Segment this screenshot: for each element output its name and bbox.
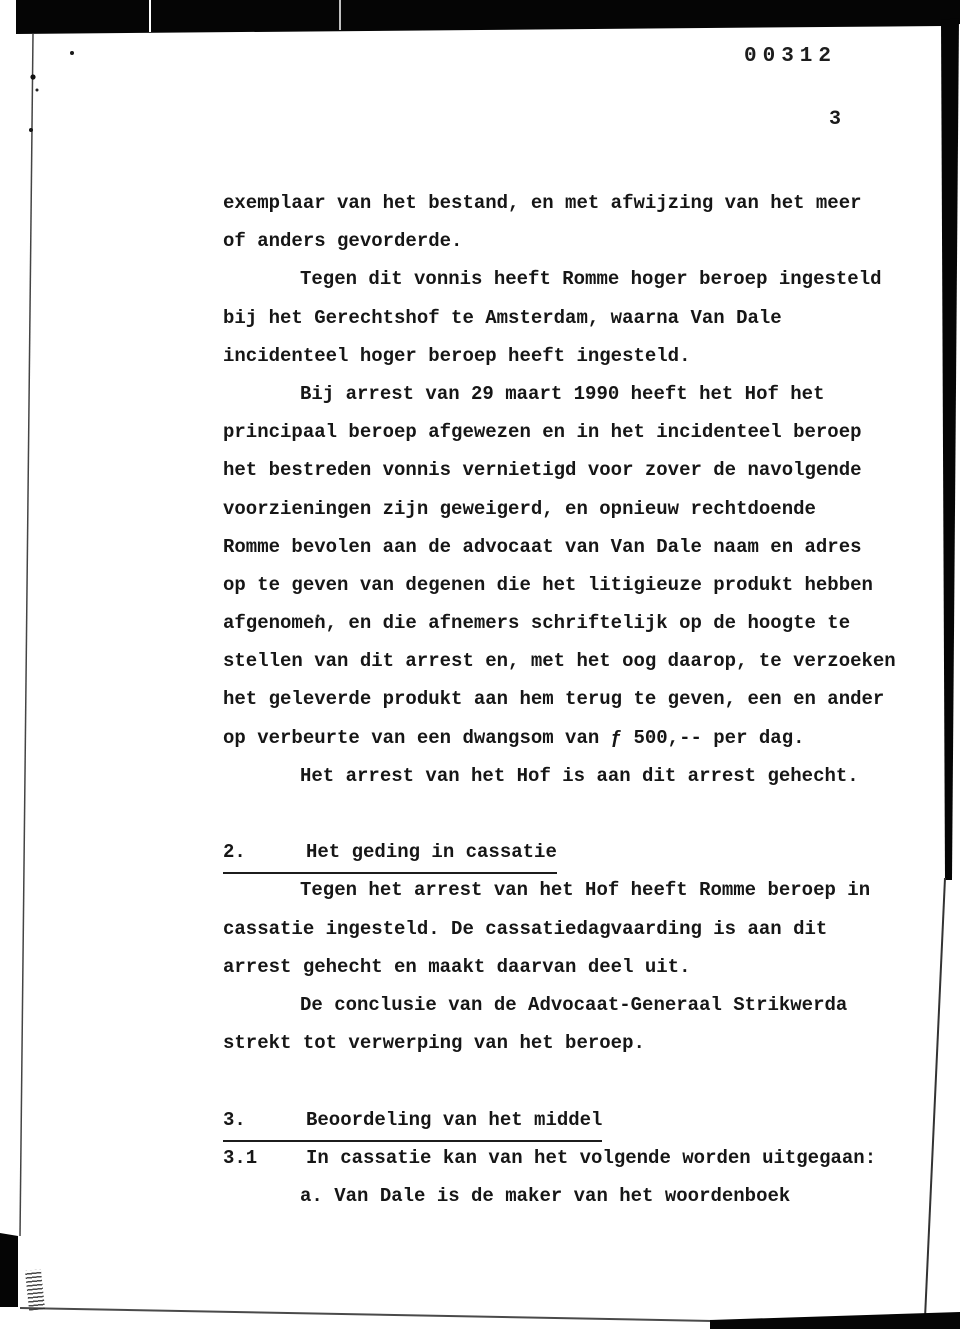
- numbered-line: 3.1In cassatie kan van het volgende word…: [223, 1139, 923, 1177]
- section-heading-underline: 2.Het geding in cassatie: [223, 833, 557, 874]
- section-heading: 2.Het geding in cassatie: [223, 833, 923, 871]
- page-edge-left: [20, 34, 33, 1236]
- text-line: incidenteel hoger beroep heeft ingesteld…: [223, 337, 923, 375]
- text-line: Romme bevolen aan de advocaat van Van Da…: [223, 528, 923, 566]
- scan-block-bottom-left: [0, 1233, 18, 1307]
- text-line: a. Van Dale is de maker van het woordenb…: [223, 1177, 923, 1215]
- text-line: Het arrest van het Hof is aan dit arrest…: [223, 757, 923, 795]
- text-line: of anders gevorderde.: [223, 222, 923, 260]
- section-title: Beoordeling van het middel: [306, 1109, 602, 1131]
- blank-line: [223, 1062, 923, 1100]
- scan-bar-right: [941, 18, 959, 880]
- page-edge-bottom: [20, 1308, 713, 1321]
- paragraph-number: 3.1: [223, 1139, 306, 1177]
- ink-smudge: [25, 1269, 45, 1310]
- page-edge-right: [925, 878, 945, 1318]
- text-line: arrest gehecht en maakt daarvan deel uit…: [223, 948, 923, 986]
- section-heading: 3.Beoordeling van het middel: [223, 1101, 923, 1139]
- text-line: Bij arrest van 29 maart 1990 heeft het H…: [223, 375, 923, 413]
- text-line: op te geven van degenen die het litigieu…: [223, 566, 923, 604]
- section-number: 2.: [223, 833, 306, 871]
- text-line: In cassatie kan van het volgende worden …: [306, 1147, 876, 1169]
- text-line: principaal beroep afgewezen en in het in…: [223, 413, 923, 451]
- text-line: afgenomen, en die afnemers schriftelijk …: [223, 604, 923, 642]
- text-line: het bestreden vonnis vernietigd voor zov…: [223, 451, 923, 489]
- section-title: Het geding in cassatie: [306, 841, 557, 863]
- section-heading-underline: 3.Beoordeling van het middel: [223, 1101, 602, 1142]
- section-number: 3.: [223, 1101, 306, 1139]
- text-line: voorzieningen zijn geweigerd, en opnieuw…: [223, 490, 923, 528]
- text-line: De conclusie van de Advocaat-Generaal St…: [223, 986, 923, 1024]
- scanned-page: 00312 3 exemplaar van het bestand, en me…: [0, 0, 960, 1329]
- text-line: strekt tot verwerping van het beroep.: [223, 1024, 923, 1062]
- text-line: bij het Gerechtshof te Amsterdam, waarna…: [223, 299, 923, 337]
- blank-line: [223, 795, 923, 833]
- scan-band-top: [16, 0, 960, 34]
- document-number-stamp: 00312: [744, 45, 837, 68]
- scan-bar-bottom: [710, 1312, 960, 1329]
- text-line: exemplaar van het bestand, en met afwijz…: [223, 184, 923, 222]
- text-line: cassatie ingesteld. De cassatiedagvaardi…: [223, 910, 923, 948]
- page-number: 3: [829, 108, 841, 131]
- text-line: Tegen het arrest van het Hof heeft Romme…: [223, 871, 923, 909]
- text-body: exemplaar van het bestand, en met afwijz…: [223, 184, 923, 1215]
- text-line: stellen van dit arrest en, met het oog d…: [223, 642, 923, 680]
- text-line: Tegen dit vonnis heeft Romme hoger beroe…: [223, 260, 923, 298]
- text-line: het geleverde produkt aan hem terug te g…: [223, 680, 923, 718]
- text-line: op verbeurte van een dwangsom van ƒ 500,…: [223, 719, 923, 757]
